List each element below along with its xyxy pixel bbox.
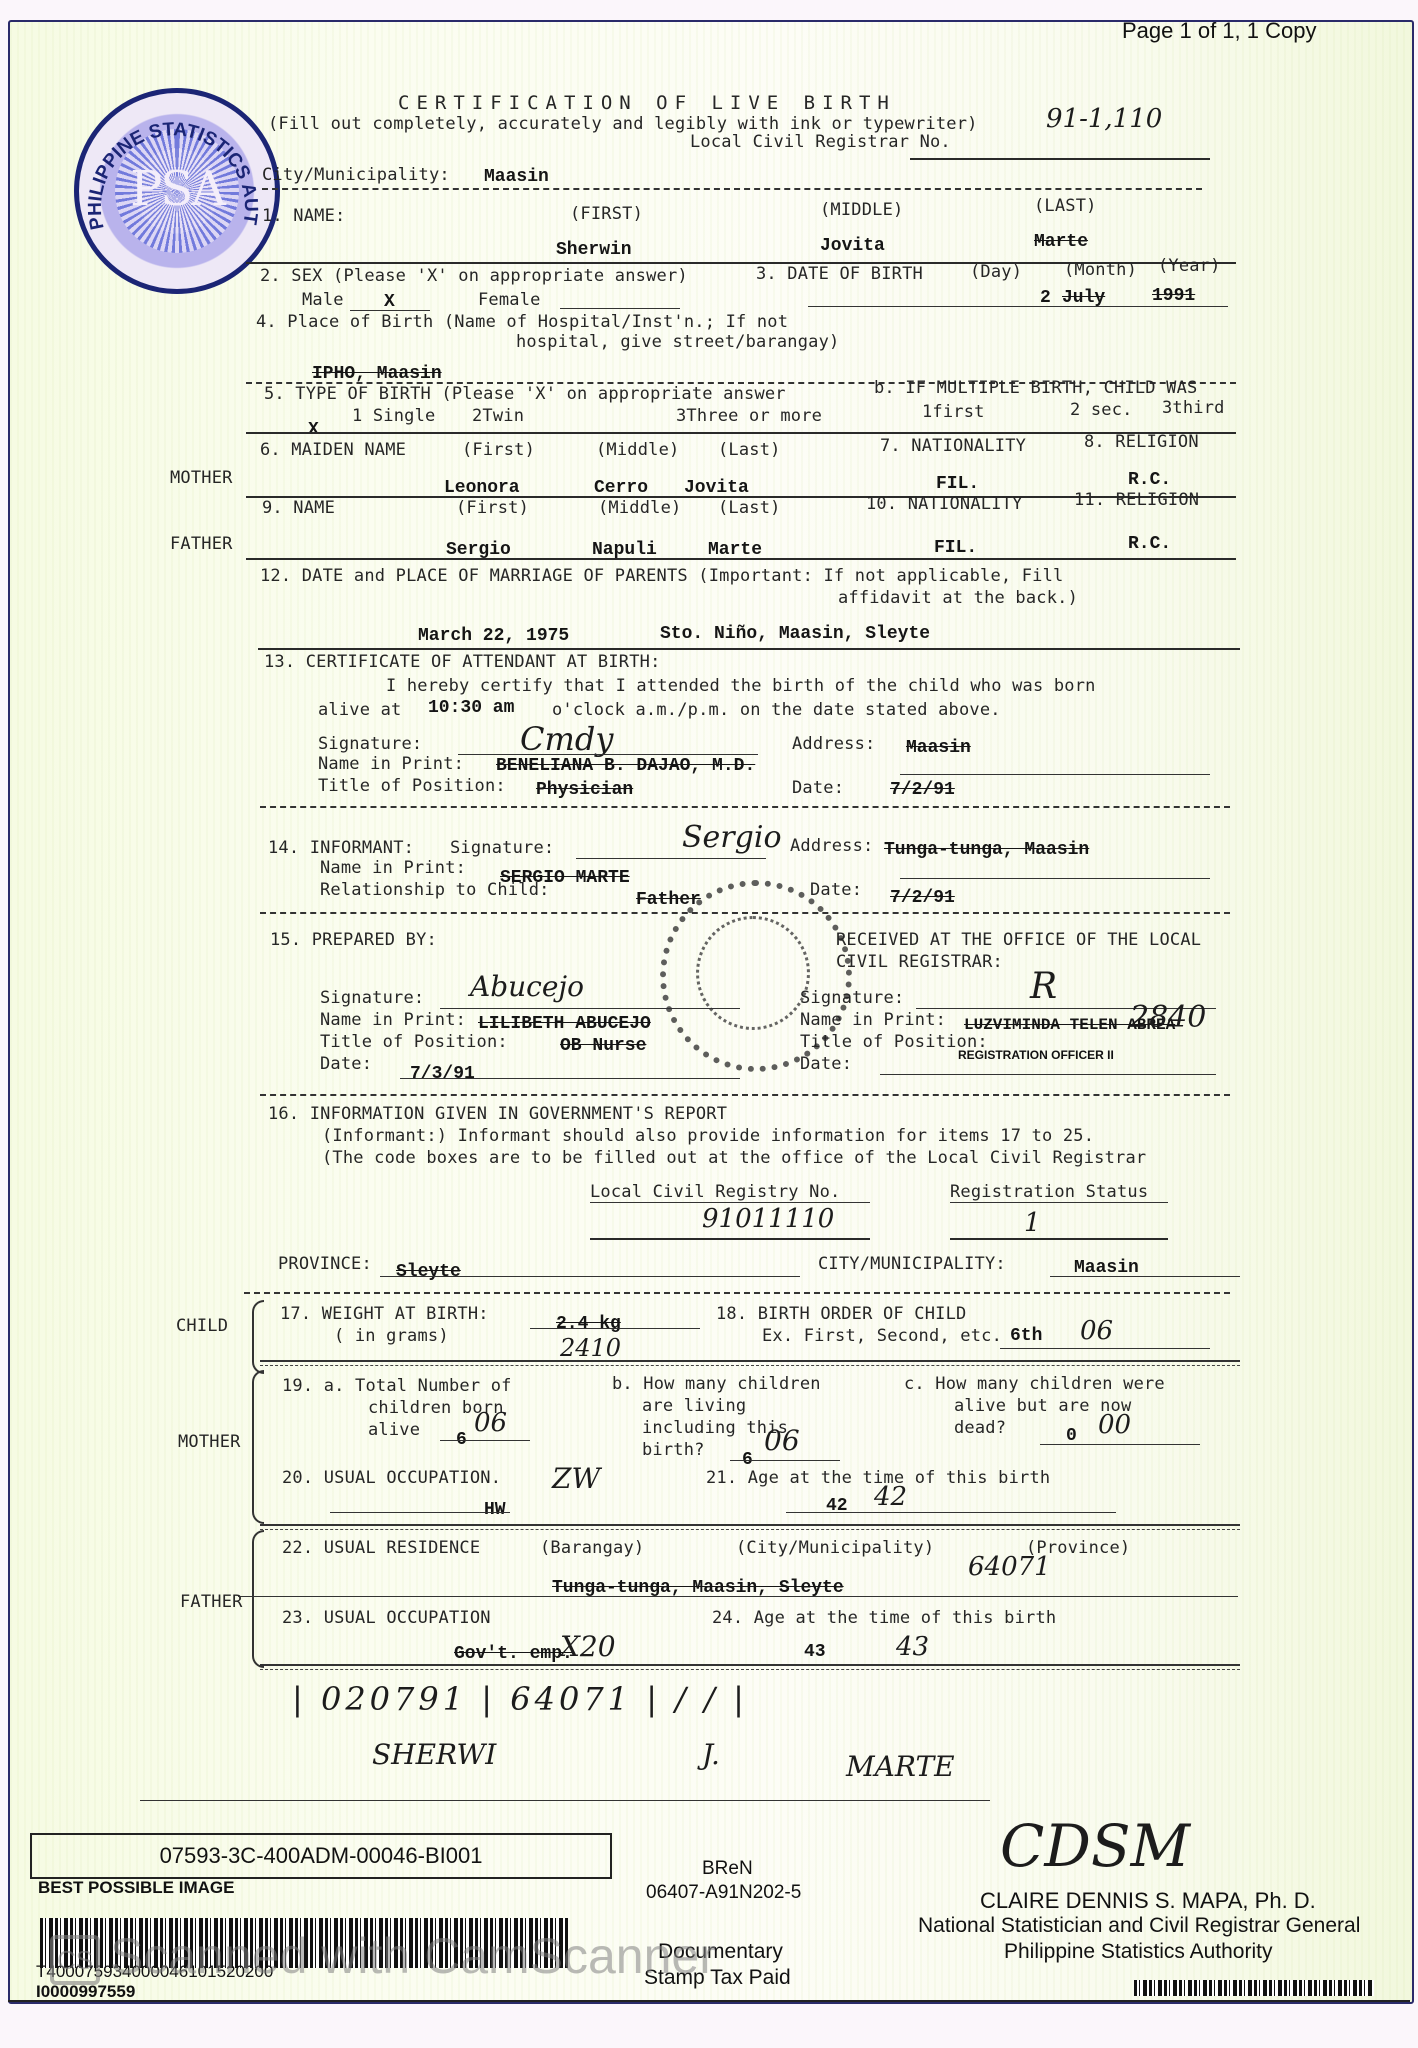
child-first-name: Sherwin — [556, 240, 632, 260]
handwritten-last: MARTE — [846, 1750, 955, 1783]
residence-label: 22. USUAL RESIDENCE — [282, 1538, 480, 1558]
signatory-org: Philippine Statistics Authority — [1004, 1940, 1272, 1964]
first-name-label: (FIRST) — [570, 204, 643, 224]
attendant-name-label: Name in Print: — [318, 754, 464, 774]
month-label: (Month) — [1064, 260, 1137, 280]
q19c-value: 0 — [1066, 1426, 1077, 1446]
middle-name-label: (MIDDLE) — [820, 200, 903, 220]
father-religion: R.C. — [1128, 534, 1171, 554]
type-single-mark: X — [308, 420, 319, 440]
mother-middle-label: (Middle) — [596, 440, 679, 460]
informant-label: 14. INFORMANT: — [268, 838, 414, 858]
mother-middle-name: Cerro — [594, 478, 648, 498]
father-first-label: (First) — [456, 498, 529, 518]
bren-value: 06407-A91N202-5 — [646, 1882, 801, 1904]
prepared-title-label: Title of Position: — [320, 1032, 508, 1052]
type-single: 1 Single — [352, 406, 435, 426]
attendant-statement-2: o'clock a.m./p.m. on the date stated abo… — [552, 700, 1001, 720]
q19a-label: 19. a. Total Number of — [282, 1376, 512, 1396]
mother-occupation-code: ZW — [552, 1462, 600, 1495]
received-annotation: 2840 — [1130, 1000, 1206, 1035]
birth-time: 10:30 am — [428, 698, 514, 718]
image-id: I0000997559 — [36, 1982, 135, 2002]
father-last-name: Marte — [708, 540, 762, 560]
mother-stats-section-label: MOTHER — [178, 1432, 241, 1452]
q19c-label-3: dead? — [954, 1418, 1006, 1438]
svg-text:PHILIPPINE STATISTICS AUTHORIT: PHILIPPINE STATISTICS AUTHORITY — [74, 88, 261, 231]
attendant-signature: Cmdy — [520, 720, 613, 758]
residence-code: 64071 — [968, 1552, 1051, 1582]
prepared-name: LILIBETH ABUCEJO — [478, 1014, 651, 1034]
father-age-value: 43 — [804, 1642, 826, 1662]
birth-order-sub-label: Ex. First, Second, etc. — [762, 1326, 1002, 1346]
prepared-title: OB Nurse — [560, 1036, 646, 1056]
city-label: City/Municipality: — [262, 165, 450, 185]
province-value: Sleyte — [396, 1262, 461, 1282]
type-three-or-more: 3Three or more — [676, 406, 822, 426]
q19b-label: b. How many children — [612, 1374, 821, 1394]
last-name-label: (LAST) — [1034, 196, 1097, 216]
city-municipality-value: Maasin — [1074, 1258, 1139, 1278]
male-checkmark: X — [384, 292, 395, 312]
best-possible-image-label: BEST POSSIBLE IMAGE — [38, 1878, 234, 1898]
father-first-name: Sergio — [446, 540, 511, 560]
father-occupation-label: 23. USUAL OCCUPATION — [282, 1608, 491, 1628]
sex-label: 2. SEX (Please 'X' on appropriate answer… — [260, 266, 688, 286]
informant-address: Tunga-tunga, Maasin — [884, 840, 1089, 860]
birth-order-value: 6th — [1010, 1326, 1042, 1346]
prepared-name-label: Name in Print: — [320, 1010, 466, 1030]
father-age-label: 24. Age at the time of this birth — [712, 1608, 1056, 1628]
gov-report-note-1: (Informant:) Informant should also provi… — [322, 1126, 1094, 1146]
pob-label: 4. Place of Birth (Name of Hospital/Inst… — [256, 312, 788, 332]
document-title: CERTIFICATION OF LIVE BIRTH — [398, 92, 896, 114]
gov-report-note-2: (The code boxes are to be filled out at … — [322, 1148, 1146, 1168]
father-middle-name: Napuli — [592, 540, 657, 560]
attendant-address: Maasin — [906, 738, 971, 758]
mother-nationality: FIL. — [936, 474, 979, 494]
registration-status-label: Registration Status — [950, 1182, 1148, 1202]
mother-occupation-label: 20. USUAL OCCUPATION. — [282, 1468, 501, 1488]
mother-nationality-label: 7. NATIONALITY — [880, 436, 1026, 456]
page-indicator: Page 1 of 1, 1 Copy — [1122, 18, 1316, 44]
pob-label-2: hospital, give street/barangay) — [516, 332, 839, 352]
weight-value: 2.4 kg — [556, 1314, 621, 1334]
seal-ring-text: PHILIPPINE STATISTICS AUTHORITY — [74, 88, 270, 284]
father-occupation-code: X20 — [560, 1630, 616, 1663]
attendant-signature-label: Signature: — [318, 734, 422, 754]
residence-value: Tunga-tunga, Maasin, Sleyte — [552, 1578, 844, 1598]
q19b-label-2: are living — [642, 1396, 746, 1416]
type-of-birth-label: 5. TYPE OF BIRTH (Please 'X' on appropri… — [264, 384, 786, 404]
mother-first-name: Leonora — [444, 478, 520, 498]
father-last-label: (Last) — [718, 498, 781, 518]
informant-signature-label: Signature: — [450, 838, 554, 858]
received-name-label: Name in Print: — [800, 1010, 946, 1030]
lcr-number: 91-1,110 — [1046, 104, 1162, 134]
q19c-label: c. How many children were — [904, 1374, 1165, 1394]
camscanner-logo-icon: CS — [50, 1935, 100, 1985]
signatory-title: National Statistician and Civil Registra… — [918, 1914, 1360, 1938]
prepared-signature-label: Signature: — [320, 988, 424, 1008]
maiden-name-label: 6. MAIDEN NAME — [260, 440, 406, 460]
informant-relationship-label: Relationship to Child: — [320, 880, 550, 900]
father-stats-section-label: FATHER — [180, 1592, 243, 1612]
weight-label: 17. WEIGHT AT BIRTH: — [280, 1304, 489, 1324]
signatory-name: CLAIRE DENNIS S. MAPA, Ph. D. — [980, 1888, 1316, 1914]
multiple-birth-label: b. IF MULTIPLE BIRTH, CHILD WAS — [874, 378, 1197, 398]
received-date-label: Date: — [800, 1054, 852, 1074]
received-title: REGISTRATION OFFICER II — [958, 1048, 1114, 1062]
dob-day: 2 — [1040, 288, 1051, 308]
province-label: PROVINCE: — [278, 1254, 372, 1274]
received-label-2: CIVIL REGISTRAR: — [836, 952, 1003, 972]
camscanner-text: Scanned with CamScanner — [110, 1928, 716, 1984]
mother-last-label: (Last) — [718, 440, 781, 460]
q19b-label-4: birth? — [642, 1440, 705, 1460]
father-nationality-label: 10. NATIONALITY — [866, 494, 1023, 514]
informant-name-label: Name in Print: — [320, 858, 466, 878]
prepared-date-label: Date: — [320, 1054, 372, 1074]
attendant-title: Physician — [536, 780, 633, 800]
attendant-address-label: Address: — [792, 734, 875, 754]
registration-status-value: 1 — [1024, 1208, 1041, 1238]
attendant-date: 7/2/91 — [890, 780, 955, 800]
dob-label: 3. DATE OF BIRTH — [756, 264, 923, 284]
attendant-name: BENELIANA B. DAJAO, M.D. — [496, 756, 755, 776]
reference-number-box: 07593-3C-400ADM-00046-BI001 — [30, 1833, 612, 1879]
received-label: RECEIVED AT THE OFFICE OF THE LOCAL — [836, 930, 1201, 950]
residence-city-label: (City/Municipality) — [736, 1538, 934, 1558]
attendant-alive-at: alive at — [318, 700, 401, 720]
marriage-label: 12. DATE and PLACE OF MARRIAGE OF PARENT… — [260, 566, 1063, 586]
mother-age-value: 42 — [826, 1496, 848, 1516]
mother-last-name: Jovita — [684, 478, 749, 498]
lcr-no-label: Local Civil Registry No. — [590, 1182, 840, 1202]
lcr-no-value: 91011110 — [702, 1204, 834, 1234]
camscanner-watermark: CSScanned with CamScanner — [50, 1927, 716, 1985]
dob-year: 1991 — [1152, 286, 1195, 306]
informant-signature: Sergio — [682, 820, 782, 855]
mother-section-label: MOTHER — [170, 468, 233, 488]
q19a-code: 06 — [474, 1408, 507, 1438]
marriage-place: Sto. Niño, Maasin, Sleyte — [660, 624, 930, 644]
prepared-date: 7/3/91 — [410, 1064, 475, 1084]
bren-label: BReN — [702, 1858, 753, 1880]
birth-order-code: 06 — [1080, 1316, 1113, 1346]
attendant-title-label: Title of Position: — [318, 776, 506, 796]
child-stats-section-label: CHILD — [176, 1316, 228, 1336]
mother-occupation-value: HW — [484, 1500, 506, 1520]
signatory-barcode — [1134, 1980, 1374, 1996]
mother-religion-label: 8. RELIGION — [1084, 432, 1199, 452]
father-religion-label: 11. RELIGION — [1074, 490, 1199, 510]
city-value: Maasin — [484, 167, 549, 187]
barangay-label: (Barangay) — [540, 1538, 644, 1558]
handwritten-first: SHERWI — [372, 1738, 496, 1771]
multiple-third: 3third — [1162, 398, 1225, 418]
weight-code: 2410 — [560, 1334, 621, 1362]
child-last-name: Marte — [1034, 232, 1088, 252]
prepared-signature: Abucejo — [470, 970, 584, 1003]
prepared-by-label: 15. PREPARED BY: — [270, 930, 437, 950]
male-label: Male — [302, 290, 344, 310]
year-label: (Year) — [1158, 256, 1221, 276]
received-signature: R — [1030, 966, 1057, 1007]
q19a-label-3: alive — [368, 1420, 420, 1440]
registrar-general-signature: CDSM — [1000, 1812, 1190, 1880]
weight-sub-label: ( in grams) — [334, 1326, 449, 1346]
multiple-first: 1first — [922, 402, 985, 422]
informant-address-label: Address: — [790, 836, 873, 856]
mother-first-label: (First) — [462, 440, 535, 460]
father-section-label: FATHER — [170, 534, 233, 554]
father-middle-label: (Middle) — [598, 498, 681, 518]
marriage-date: March 22, 1975 — [418, 626, 569, 646]
mother-religion: R.C. — [1128, 470, 1171, 490]
mother-age-code: 42 — [874, 1482, 907, 1512]
city-municipality-label: CITY/MUNICIPALITY: — [818, 1254, 1006, 1274]
q19c-code: 00 — [1098, 1410, 1131, 1440]
birth-order-label: 18. BIRTH ORDER OF CHILD — [716, 1304, 966, 1324]
handwritten-middle: J. — [702, 1738, 720, 1771]
pob-value: IPHO, Maasin — [312, 364, 442, 384]
instruction-text: (Fill out completely, accurately and leg… — [268, 114, 978, 134]
lcr-label: Local Civil Registrar No. — [690, 132, 951, 152]
attendant-statement: I hereby certify that I attended the bir… — [386, 676, 1096, 696]
child-middle-name: Jovita — [820, 236, 885, 256]
marriage-label-2: affidavit at the back.) — [838, 588, 1078, 608]
father-occupation-value: Gov't. emp. — [454, 1644, 573, 1664]
father-name-label: 9. NAME — [262, 498, 335, 518]
q19b-code: 06 — [764, 1424, 800, 1457]
father-age-code: 43 — [896, 1632, 929, 1662]
gov-report-label: 16. INFORMATION GIVEN IN GOVERNMENT'S RE… — [268, 1104, 727, 1124]
father-nationality: FIL. — [934, 538, 977, 558]
handwritten-codes: | 020791 | 64071 | / / | — [292, 1680, 748, 1718]
attendant-date-label: Date: — [792, 778, 844, 798]
received-signature-label: Signature: — [800, 988, 904, 1008]
type-twin: 2Twin — [472, 406, 524, 426]
name-label: 1. NAME: — [262, 206, 345, 226]
attendant-label: 13. CERTIFICATE OF ATTENDANT AT BIRTH: — [264, 652, 661, 672]
informant-date: 7/2/91 — [890, 888, 955, 908]
dob-month: July — [1062, 288, 1105, 308]
multiple-second: 2 sec. — [1070, 400, 1133, 420]
female-label: Female — [478, 290, 541, 310]
informant-date-label: Date: — [810, 880, 862, 900]
day-label: (Day) — [970, 262, 1022, 282]
